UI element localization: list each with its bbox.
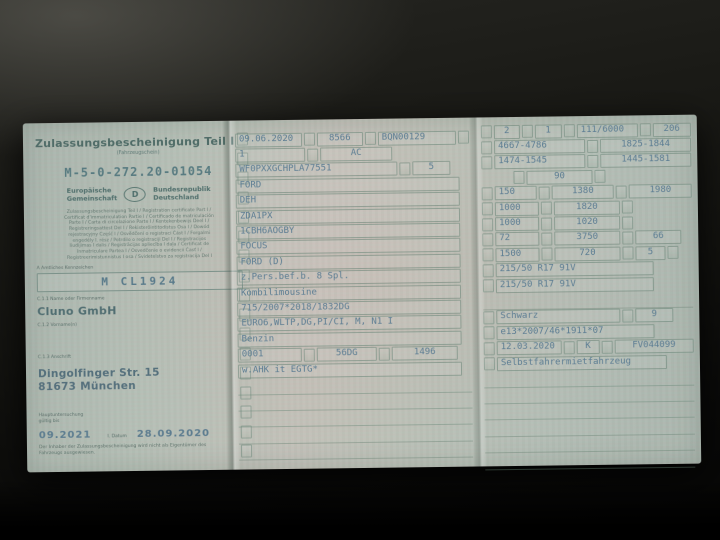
field-value: 5 xyxy=(412,161,450,175)
field-value: 1980 xyxy=(629,184,692,199)
field-code-box xyxy=(587,139,598,152)
field-code-box xyxy=(541,232,552,245)
field-value: 1496 xyxy=(392,346,458,361)
field-value: 9 xyxy=(635,308,673,322)
field-value: 1500 xyxy=(495,247,539,262)
field-code-box xyxy=(483,264,494,277)
field-code-box xyxy=(304,348,315,361)
field-value: 3750 xyxy=(554,231,620,246)
field-value: 715/2007*2018/1832DG xyxy=(237,300,461,317)
field-code-box xyxy=(379,347,390,360)
field-code-box xyxy=(483,279,494,292)
field-value: e13*2007/46*1911*07 xyxy=(496,324,654,340)
field-value: 1000 xyxy=(495,201,539,216)
field-code-box xyxy=(482,218,493,231)
owner-address: Dingolfinger Str. 15 81673 München xyxy=(38,366,244,395)
field-code-box xyxy=(622,309,633,322)
field-code-box xyxy=(484,342,495,355)
field-code-box xyxy=(541,248,552,261)
field-value: ZDA1PX xyxy=(236,207,460,224)
field-code-box xyxy=(616,185,627,198)
country-code-oval: D xyxy=(124,187,146,202)
issue-date: 28.09.2020 xyxy=(137,428,210,440)
inspection-valid-until: 09.2021 xyxy=(39,430,92,442)
vehicle-registration-document: Zulassungsbescheinigung Teil I (Fahrzeug… xyxy=(23,115,702,473)
field-code-box xyxy=(622,216,633,229)
field-code-box xyxy=(622,247,633,260)
left-page: Zulassungsbescheinigung Teil I (Fahrzeug… xyxy=(23,120,256,486)
field-value: 12.03.2020 xyxy=(497,341,562,356)
eu-line2: Gemeinschaft xyxy=(67,195,118,203)
field-code-box xyxy=(538,186,549,199)
field-code-box xyxy=(601,340,612,353)
field-code-box xyxy=(482,233,493,246)
field-value: 1 xyxy=(235,148,305,163)
field-value: 4667-4786 xyxy=(494,139,585,154)
field-value: Schwarz xyxy=(496,309,620,325)
field-value: 1020 xyxy=(554,216,620,231)
field-code-box xyxy=(482,202,493,215)
field-value: 66 xyxy=(635,230,681,245)
license-plate-value: M CL1924 xyxy=(101,275,178,289)
field-value: 0001 xyxy=(238,348,302,363)
field-value: WF0PXXGCHPLA77551 xyxy=(235,162,397,178)
field-code-box xyxy=(304,133,315,146)
field-value: AC xyxy=(320,147,392,162)
field-value: 215/50 R17 91V xyxy=(496,261,654,277)
owner-name: Cluno GmbH xyxy=(37,303,243,319)
field-value: 1820 xyxy=(554,200,620,215)
field-code-box xyxy=(482,249,493,262)
owner-disclaimer: Der Inhaber der Zulassungsbescheinigung … xyxy=(39,443,214,457)
field-code-box xyxy=(521,125,532,138)
field-code-box xyxy=(365,132,376,145)
field-value: FORD xyxy=(235,177,459,194)
field-code-box xyxy=(481,156,492,169)
field-value: Kombilimousine xyxy=(237,284,461,301)
multilingual-fine-print: Zulassungsbescheinigung Teil I / Registr… xyxy=(36,208,243,262)
field-code-box xyxy=(639,123,650,136)
middle-page: 09.06.20208566BQN001291ACWF0PXXGCHPLA775… xyxy=(229,118,480,470)
field-value: 90 xyxy=(526,170,592,185)
field-code-box xyxy=(594,170,605,183)
field-code-box xyxy=(622,231,633,244)
field-code-box xyxy=(458,131,469,144)
dates-row: 09.2021 I. Datum 28.09.2020 xyxy=(39,428,245,442)
field-value: 09.06.2020 xyxy=(235,132,302,147)
field-value: 1 xyxy=(534,124,561,138)
field-value: 8566 xyxy=(317,132,363,147)
field-value: 150 xyxy=(495,186,537,201)
field-value: 2 xyxy=(494,125,520,139)
field-code-box xyxy=(483,311,494,324)
country-line2: Deutschland xyxy=(153,193,211,201)
field-code-box xyxy=(564,341,575,354)
field-code-box xyxy=(307,148,318,161)
field-code-box xyxy=(513,171,524,184)
field-value: 1445-1581 xyxy=(600,153,691,168)
field-code-box xyxy=(541,202,552,215)
field-value: 72 xyxy=(495,232,539,247)
field-value: K xyxy=(577,340,599,354)
country-label: Bundesrepublik Deutschland xyxy=(153,186,211,202)
spacer xyxy=(481,177,511,178)
field-code-box xyxy=(483,327,494,340)
eu-header: Europäische Gemeinschaft D Bundesrepubli… xyxy=(36,186,242,204)
vehicle-id-table: 09.06.20208566BQN001291ACWF0PXXGCHPLA775… xyxy=(229,118,479,461)
empty-ruled-line xyxy=(239,441,473,460)
field-value: FV044099 xyxy=(614,339,694,354)
field-code-box xyxy=(484,357,495,370)
field-value: 1CBH6AOGBY xyxy=(236,223,460,240)
field-value: 5 xyxy=(635,246,665,260)
field-code-box xyxy=(541,217,552,230)
issue-date-label: I. Datum xyxy=(107,434,126,439)
empty-ruled-line xyxy=(485,451,695,470)
field-value: 1474-1545 xyxy=(494,155,585,170)
field-code-box xyxy=(667,246,678,259)
field-code-box xyxy=(564,124,575,137)
field-value: 720 xyxy=(554,246,620,261)
field-value: 215/50 R17 91V xyxy=(496,277,654,293)
field-value: 56DG xyxy=(317,347,377,362)
field-value: w.AHK it EGTG* xyxy=(238,361,462,378)
document-number: M-5-0-272.20-01054 xyxy=(35,164,241,181)
field-code-box xyxy=(587,155,598,168)
field-code-box xyxy=(399,162,410,175)
field-code-box xyxy=(481,141,492,154)
field-value: 111/6000 xyxy=(577,123,638,138)
document-title: Zulassungsbescheinigung Teil I xyxy=(35,135,241,151)
eu-community-label: Europäische Gemeinschaft xyxy=(67,187,118,203)
field-value: 206 xyxy=(652,122,691,137)
field-value: 1000 xyxy=(495,217,539,232)
field-value: 1380 xyxy=(551,185,614,200)
owner-field-label: C.1.1 Name oder Firmenname xyxy=(37,295,243,303)
field-value: Selbstfahrermietfahrzeug xyxy=(497,355,667,371)
field-value: BQN00129 xyxy=(378,130,456,145)
field-value: FORD (D) xyxy=(237,254,461,271)
field-code-box xyxy=(622,201,633,214)
field-code-box xyxy=(481,125,492,138)
technical-data-table: 21111/60002064667-47861825-18441474-1545… xyxy=(475,115,702,470)
field-value: 1825-1844 xyxy=(600,138,691,153)
right-page: 21111/60002064667-47861825-18441474-1545… xyxy=(475,115,702,467)
field-value: Benzin xyxy=(238,330,462,347)
field-code-box xyxy=(482,187,493,200)
license-plate-box: M CL1924 xyxy=(37,271,243,293)
